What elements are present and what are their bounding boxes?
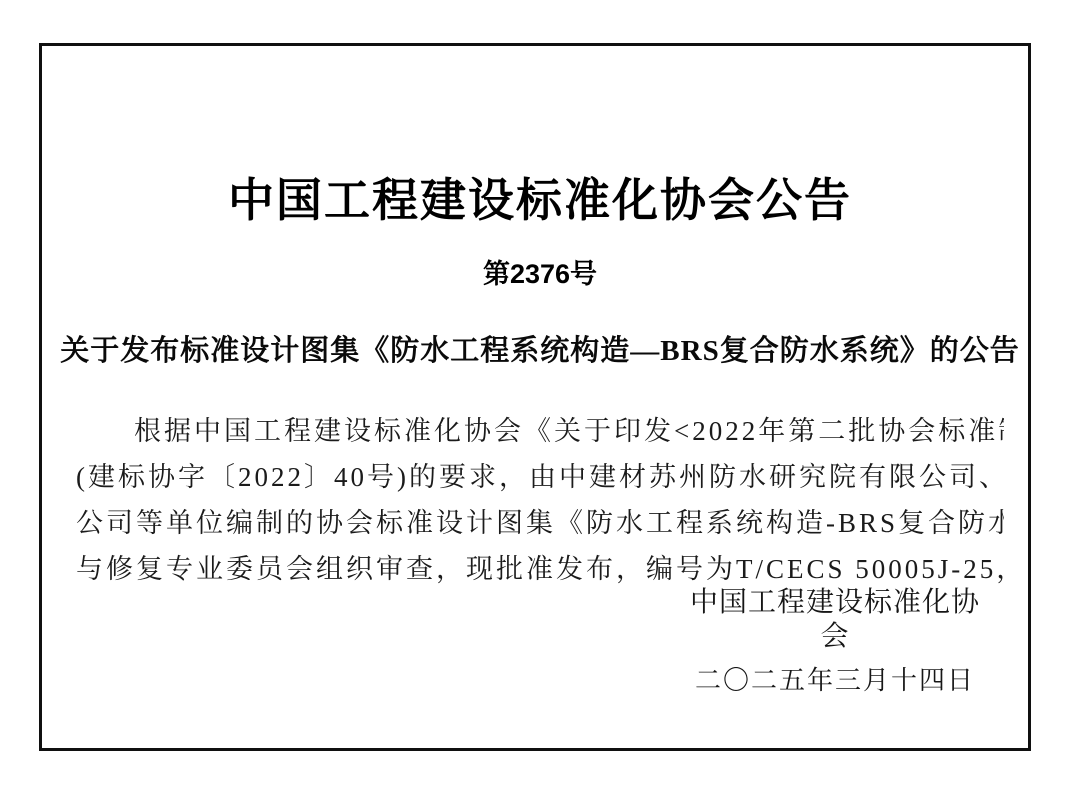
body-line: 根据中国工程建设标准化协会《关于印发<2022年第二批协会标准制订、修订计划>的…	[76, 408, 1004, 454]
signature-block: 中国工程建设标准化协会 二〇二五年三月十四日	[680, 585, 990, 697]
body-line: (建标协字〔2022〕40号)的要求，由中建材苏州防水研究院有限公司、山东贝瑞斯…	[76, 454, 1004, 500]
issue-number: 第2376号	[0, 256, 1080, 292]
announcement-body: 根据中国工程建设标准化协会《关于印发<2022年第二批协会标准制订、修订计划>的…	[76, 408, 1004, 592]
issuer-signature: 中国工程建设标准化协会	[680, 585, 990, 653]
announcement-subject: 关于发布标准设计图集《防水工程系统构造—BRS复合防水系统》的公告	[60, 330, 1020, 372]
body-line: 公司等单位编制的协会标准设计图集《防水工程系统构造-BRS复合防水系统》，经协会…	[76, 500, 1004, 546]
document-title: 中国工程建设标准化协会公告	[0, 172, 1080, 228]
issue-date: 二〇二五年三月十四日	[680, 663, 990, 697]
announcement-page: 中国工程建设标准化协会公告 第2376号 关于发布标准设计图集《防水工程系统构造…	[0, 0, 1080, 808]
